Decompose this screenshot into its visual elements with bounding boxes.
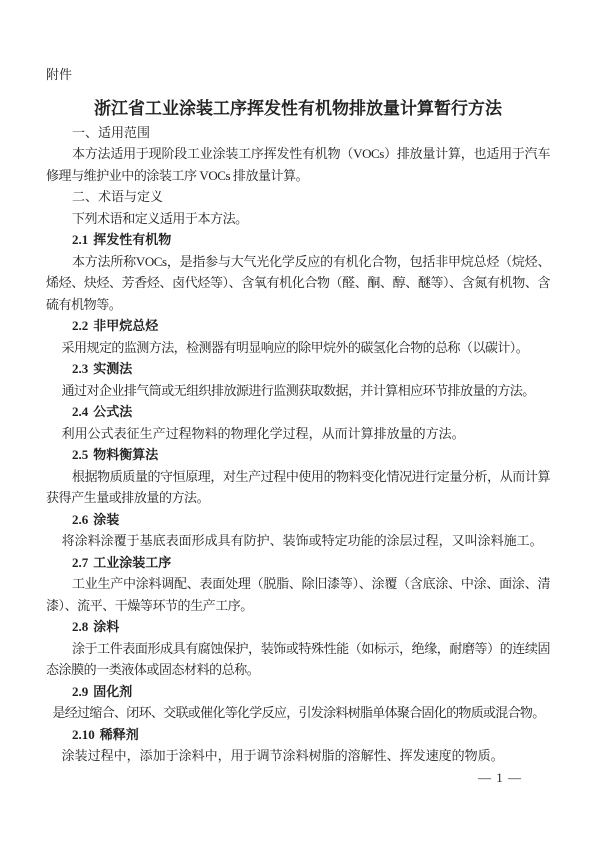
term-number: 2.3	[72, 361, 88, 376]
page-number: — 1 —	[46, 767, 550, 789]
term-heading-2-7: 2.7工业涂装工序	[46, 552, 550, 574]
term-heading-2-2: 2.2非甲烷总烃	[46, 315, 550, 337]
document-page: 附件 浙江省工业涂装工序挥发性有机物排放量计算暂行方法 一、适用范围 本方法适用…	[0, 0, 594, 841]
term-heading-2-1: 2.1挥发性有机物	[46, 229, 550, 251]
term-heading-2-8: 2.8涂料	[46, 616, 550, 638]
term-definition-2-10: 涂装过程中，添加于涂料中，用于调节涂料树脂的溶解性、挥发速度的物质。	[46, 745, 550, 767]
term-name: 公式法	[93, 404, 132, 419]
term-name: 工业涂装工序	[93, 555, 171, 570]
section-2-heading: 二、术语与定义	[46, 186, 550, 208]
term-definition-2-6: 将涂料涂覆于基底表面形成具有防护、装饰或特定功能的涂层过程，又叫涂料施工。	[46, 530, 550, 552]
term-heading-2-3: 2.3实测法	[46, 358, 550, 380]
section-1-paragraph: 本方法适用于现阶段工业涂装工序挥发性有机物（VOCs）排放量计算，也适用于汽车修…	[46, 143, 550, 186]
term-number: 2.4	[72, 404, 88, 419]
term-number: 2.6	[72, 512, 88, 527]
term-definition-2-8: 涂于工件表面形成具有腐蚀保护，装饰或特殊性能（如标示，绝缘，耐磨等）的连续固态涂…	[46, 638, 550, 681]
section-2-intro: 下列术语和定义适用于本方法。	[46, 208, 550, 230]
term-heading-2-4: 2.4公式法	[46, 401, 550, 423]
term-name: 非甲烷总烃	[93, 318, 158, 333]
term-number: 2.5	[72, 447, 88, 462]
term-number: 2.2	[72, 318, 88, 333]
document-title: 浙江省工业涂装工序挥发性有机物排放量计算暂行方法	[46, 95, 550, 122]
term-definition-2-2: 采用规定的监测方法，检测器有明显响应的除甲烷外的碳氢化合物的总称（以碳计）。	[46, 337, 550, 359]
term-number: 2.9	[72, 684, 88, 699]
attachment-label: 附件	[46, 64, 550, 86]
term-heading-2-5: 2.5物料衡算法	[46, 444, 550, 466]
term-number: 2.1	[72, 232, 88, 247]
term-name: 涂料	[93, 619, 119, 634]
term-heading-2-9: 2.9固化剂	[46, 681, 550, 703]
term-heading-2-10: 2.10稀释剂	[46, 724, 550, 746]
section-1-heading: 一、适用范围	[46, 122, 550, 144]
term-name: 固化剂	[93, 684, 132, 699]
term-definition-2-4: 利用公式表征生产过程物料的物理化学过程，从而计算排放量的方法。	[46, 423, 550, 445]
term-name: 稀释剂	[100, 727, 139, 742]
term-definition-2-3: 通过对企业排气筒或无组织排放源进行监测获取数据，并计算相应环节排放量的方法。	[46, 380, 550, 402]
document-content: 附件 浙江省工业涂装工序挥发性有机物排放量计算暂行方法 一、适用范围 本方法适用…	[0, 0, 594, 788]
term-definition-2-9: 是经过缩合、闭环、交联或催化等化学反应，引发涂料树脂单体聚合固化的物质或混合物。	[46, 702, 550, 724]
term-name: 挥发性有机物	[93, 232, 171, 247]
term-definition-2-7: 工业生产中涂料调配、表面处理（脱脂、除旧漆等）、涂覆（含底涂、中涂、面涂、清漆）…	[46, 573, 550, 616]
term-name: 实测法	[93, 361, 132, 376]
term-number: 2.7	[72, 555, 88, 570]
term-definition-2-1: 本方法所称VOCs，是指参与大气光化学反应的有机化合物，包括非甲烷总烃（烷烃、烯…	[46, 251, 550, 316]
term-heading-2-6: 2.6涂装	[46, 509, 550, 531]
term-name: 涂装	[93, 512, 119, 527]
term-name: 物料衡算法	[93, 447, 158, 462]
term-number: 2.10	[72, 727, 95, 742]
term-definition-2-5: 根据物质质量的守恒原理，对生产过程中使用的物料变化情况进行定量分析，从而计算获得…	[46, 466, 550, 509]
term-number: 2.8	[72, 619, 88, 634]
